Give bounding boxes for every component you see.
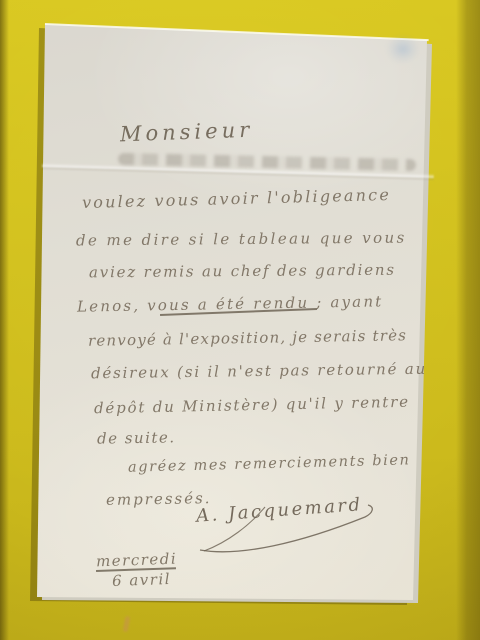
photo-of-letter: Monsieur voulez vous avoir l'obligeance … <box>0 0 480 640</box>
letter-body-line: de me dire si le tableau que vous <box>76 229 407 250</box>
background-right-shade <box>456 0 480 640</box>
letter-body-line: de suite. <box>97 428 176 447</box>
letter-body-line: aviez remis au chef des gardiens <box>89 261 396 282</box>
faint-blue-stamp <box>386 34 420 64</box>
background-left-shade <box>0 0 9 640</box>
date-line-date: 6 avril <box>112 570 172 590</box>
signature-flourish <box>180 495 390 560</box>
letter-greeting: Monsieur <box>120 118 254 147</box>
small-pink-mark <box>123 616 131 633</box>
